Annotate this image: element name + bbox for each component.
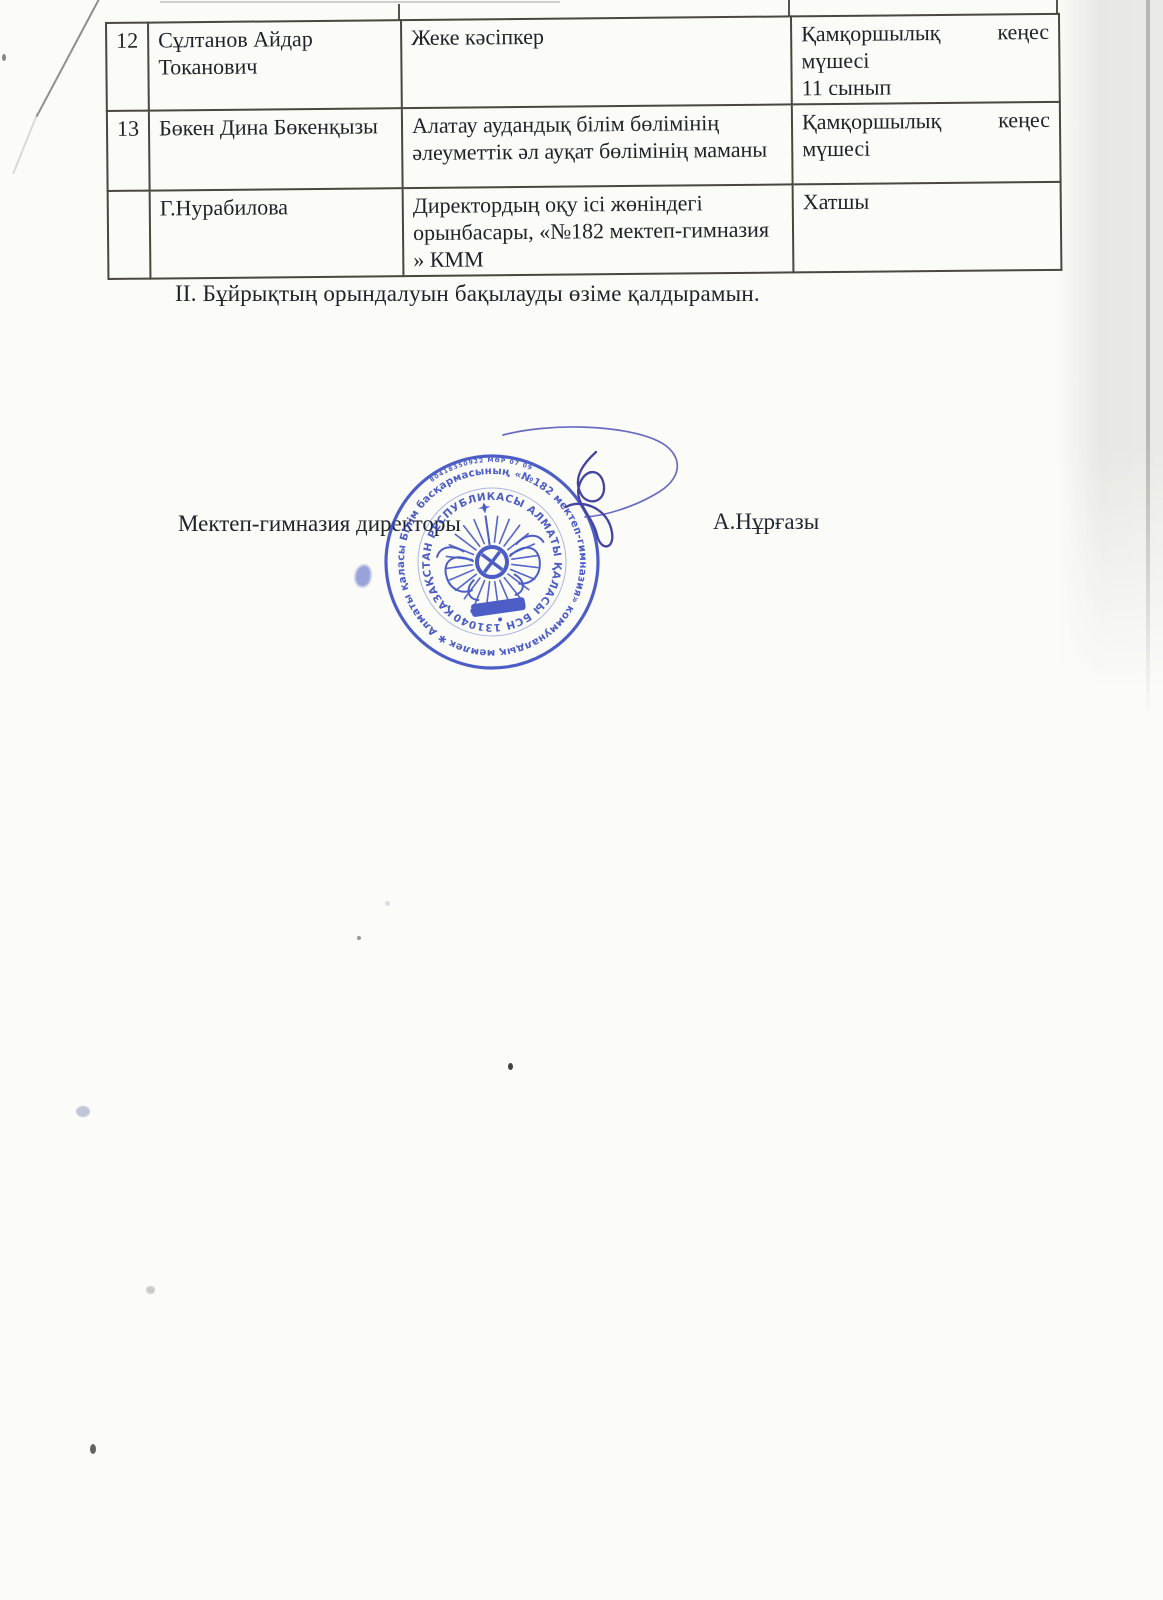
member-duty-cell: Қамқоршылық кеңес мүшесі 11 сынып [791, 14, 1060, 105]
order-control-clause: II. Бұйрықтың орындалуын бақылауды өзіме… [175, 281, 1025, 307]
scan-fold-line [36, 0, 101, 117]
duty-line: 11 сынып [802, 72, 1050, 101]
table-row: 12 Сұлтанов Айдар Токанович Жеке кәсіпке… [106, 14, 1060, 111]
member-name-cell: Сұлтанов Айдар Токанович [148, 20, 402, 110]
member-name-cell: Бөкен Дина Бөкенқызы [149, 108, 403, 190]
member-position-cell: Директордың оқу ісі жөніндегі орынбасары… [403, 184, 794, 276]
scan-speck [385, 901, 390, 906]
scanned-document-page: 12 Сұлтанов Айдар Токанович Жеке кәсіпке… [0, 0, 1163, 1600]
duty-line: Қамқоршылық кеңес [802, 106, 1050, 135]
duty-line: мүшесі [802, 133, 1050, 162]
committee-table: 12 Сұлтанов Айдар Токанович Жеке кәсіпке… [105, 13, 1060, 280]
scan-speck [357, 936, 361, 940]
emblem-spike [485, 515, 489, 545]
row-number-cell [108, 191, 151, 279]
stamp-graphic: ЖСН 880418350922 МӨР 07 09 2024 ✱ Алматы… [372, 442, 612, 682]
scan-fold-line-faint [12, 112, 39, 174]
member-position-cell: Алатау аудандық білім бөлімінің әлеуметт… [402, 104, 793, 188]
table-cutoff-border-fragment [160, 1, 560, 3]
duty-line: Қамқоршылық кеңес [801, 18, 1049, 47]
signatory-name: А.Нұрғазы [713, 509, 819, 535]
scan-speck [76, 1106, 90, 1117]
ink-smudge [355, 565, 371, 587]
member-duty-cell: Қамқоршылық кеңес мүшесі [792, 102, 1061, 185]
table-row: 13 Бөкен Дина Бөкенқызы Алатау аудандық … [107, 102, 1061, 191]
row-number-cell: 13 [107, 111, 150, 191]
row-number-cell: 12 [106, 23, 149, 111]
duty-line: мүшесі [801, 45, 1049, 74]
scan-page-edge-line [1146, 0, 1150, 720]
member-duty-cell: Хатшы [793, 182, 1062, 273]
scan-speck [90, 1444, 96, 1454]
official-stamp: ЖСН 880418350922 МӨР 07 09 2024 ✱ Алматы… [372, 442, 612, 682]
duty-line: Хатшы [803, 186, 1051, 215]
table-column-border-stub [1056, 0, 1058, 13]
member-position-cell: Жеке кәсіпкер [401, 16, 792, 108]
scan-speck [146, 1286, 155, 1294]
member-name-cell: Г.Нурабилова [150, 188, 404, 278]
table-row: Г.Нурабилова Директордың оқу ісі жөнінде… [108, 182, 1062, 279]
table-column-border-stub [788, 0, 790, 16]
scan-speck [508, 1063, 513, 1070]
scan-speck [2, 54, 6, 61]
table-column-border-stub [398, 4, 400, 20]
